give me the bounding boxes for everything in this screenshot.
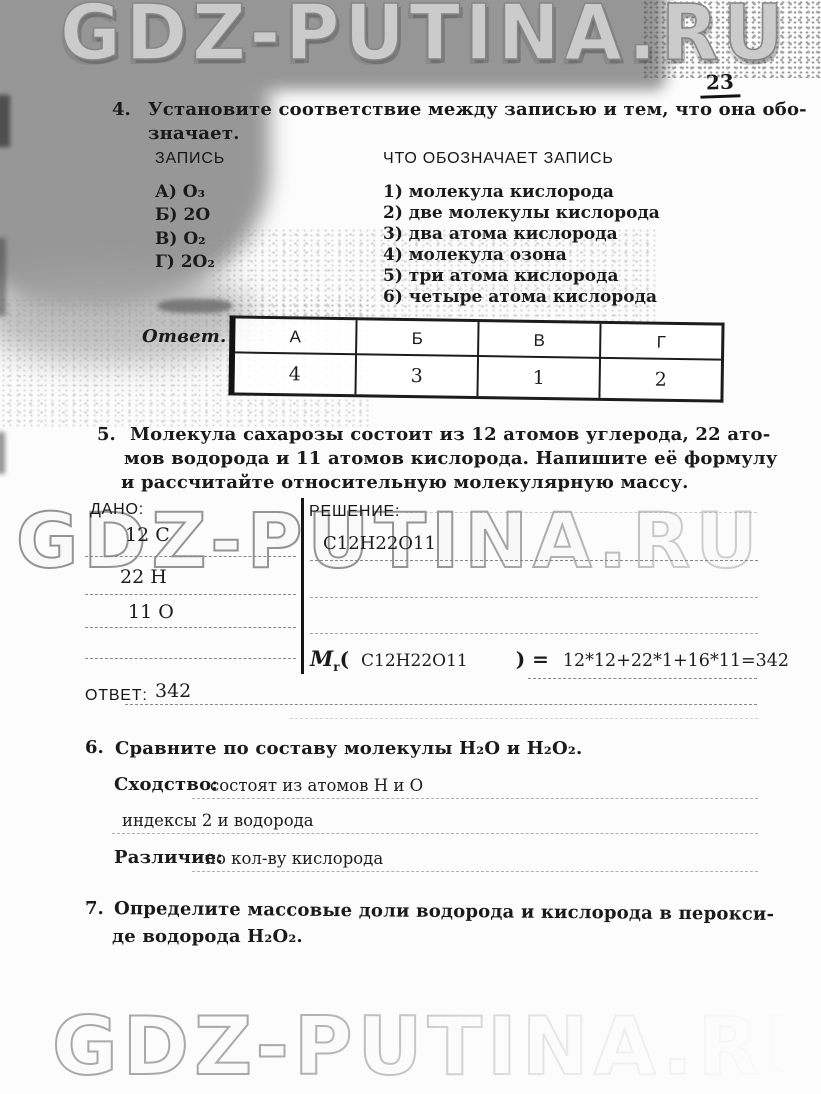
- q6-similarity-label: Сходство:: [114, 774, 218, 795]
- q5-number: 5.: [97, 424, 116, 445]
- q4-meaning-1: 1) молекула кислорода: [383, 182, 614, 202]
- answer-table-header-b: Б: [357, 320, 480, 357]
- q5-given-carbon: 12 C: [125, 524, 170, 546]
- similarity-underline: [192, 798, 758, 799]
- answer-value-b: 3: [356, 355, 479, 396]
- given-solution-divider: [301, 498, 304, 674]
- q5-mr-equation: Mr(C12H22O11) =12*12+22*1+16*11=342: [310, 646, 789, 674]
- answer-underline: [125, 704, 757, 705]
- similarity-underline-2: [112, 833, 758, 834]
- answer-table-header-v: В: [479, 322, 602, 359]
- q4-meaning-3: 3) два атома кислорода: [383, 224, 618, 244]
- q4-text-line1: Установите соответствие между записью и …: [148, 99, 807, 120]
- solution-line-0: [405, 512, 757, 513]
- q5-given-hydrogen: 22 H: [120, 566, 167, 588]
- solution-line-3: [310, 633, 758, 634]
- q4-answer-table: А Б В Г 4 3 1 2: [228, 315, 724, 402]
- q4-meaning-2: 2) две молекулы кислорода: [383, 203, 660, 223]
- mr-open-paren: (: [340, 647, 349, 671]
- answer-value-a: 4: [234, 353, 357, 394]
- given-line-1: [85, 556, 296, 557]
- solution-line-1: [310, 560, 758, 561]
- q5-text-line3: и рассчитайте относительную молекулярную…: [121, 472, 689, 493]
- q5-given-oxygen: 11 O: [128, 601, 174, 623]
- q5-answer-label: ОТВЕТ:: [85, 687, 148, 705]
- given-line-4: [85, 658, 296, 659]
- q7-text-line1: Определите массовые доли водорода и кисл…: [114, 898, 774, 925]
- q4-right-column-header: ЧТО ОБОЗНАЧАЕТ ЗАПИСЬ: [383, 150, 614, 168]
- q4-answer-label: Ответ.: [142, 326, 227, 347]
- answer-table-header-g: Г: [601, 324, 722, 361]
- q4-number: 4.: [112, 99, 131, 120]
- q4-left-column-header: ЗАПИСЬ: [155, 150, 225, 168]
- answer-table-value-row: 4 3 1 2: [234, 353, 721, 399]
- q6-number: 6.: [85, 737, 104, 758]
- q5-solution-label: РЕШЕНИЕ:: [309, 503, 400, 521]
- answer-value-g: 2: [600, 359, 721, 400]
- mr-expression-underline: [528, 678, 757, 679]
- workbook-page: 23 4. Установите соответствие между запи…: [0, 0, 821, 1094]
- q5-answer-value: 342: [155, 680, 191, 702]
- q7-text-line2: де водорода H₂O₂.: [112, 926, 303, 947]
- q4-text-line2: значает.: [148, 123, 240, 144]
- q4-option-a: А) O₃: [155, 182, 205, 202]
- q4-meaning-6: 6) четыре атома кислорода: [383, 287, 657, 307]
- q5-solution-formula: C12H22O11: [323, 533, 436, 554]
- page-number: 23: [700, 69, 741, 98]
- q6-similarity-value: состоят из атомов Н и О: [210, 776, 423, 795]
- mr-symbol: M: [310, 646, 333, 671]
- q4-meaning-4: 4) молекула озона: [383, 245, 567, 265]
- q5-given-label: ДАНО:: [90, 501, 144, 519]
- q7-number: 7.: [85, 898, 104, 919]
- mr-close-equals: ) =: [516, 647, 549, 671]
- q4-meaning-5: 5) три атома кислорода: [383, 266, 618, 286]
- q5-text-line2: мов водорода и 11 атомов кислорода. Напи…: [124, 448, 778, 469]
- answer-value-v: 1: [478, 357, 601, 398]
- difference-underline: [192, 871, 758, 872]
- q6-difference-value: по кол-ву кислорода: [205, 849, 383, 868]
- q5-text-line1: Молекула сахарозы состоит из 12 атомов у…: [130, 424, 770, 445]
- q6-title: Сравните по составу молекулы H₂O и H₂O₂.: [115, 738, 582, 759]
- mr-formula: C12H22O11: [361, 651, 468, 671]
- mr-expression: 12*12+22*1+16*11=342: [563, 651, 789, 671]
- q4-option-v: В) O₂: [155, 229, 206, 249]
- answer-table-header-a: А: [235, 318, 358, 355]
- q4-option-g: Г) 2O₂: [155, 252, 215, 272]
- given-line-3: [85, 627, 296, 628]
- solution-line-2: [310, 597, 758, 598]
- given-line-2: [85, 594, 296, 595]
- q6-similarity-value-2: индексы 2 и водорода: [122, 811, 314, 830]
- q4-option-b: Б) 2O: [155, 205, 210, 225]
- answer-underline-2: [290, 718, 758, 719]
